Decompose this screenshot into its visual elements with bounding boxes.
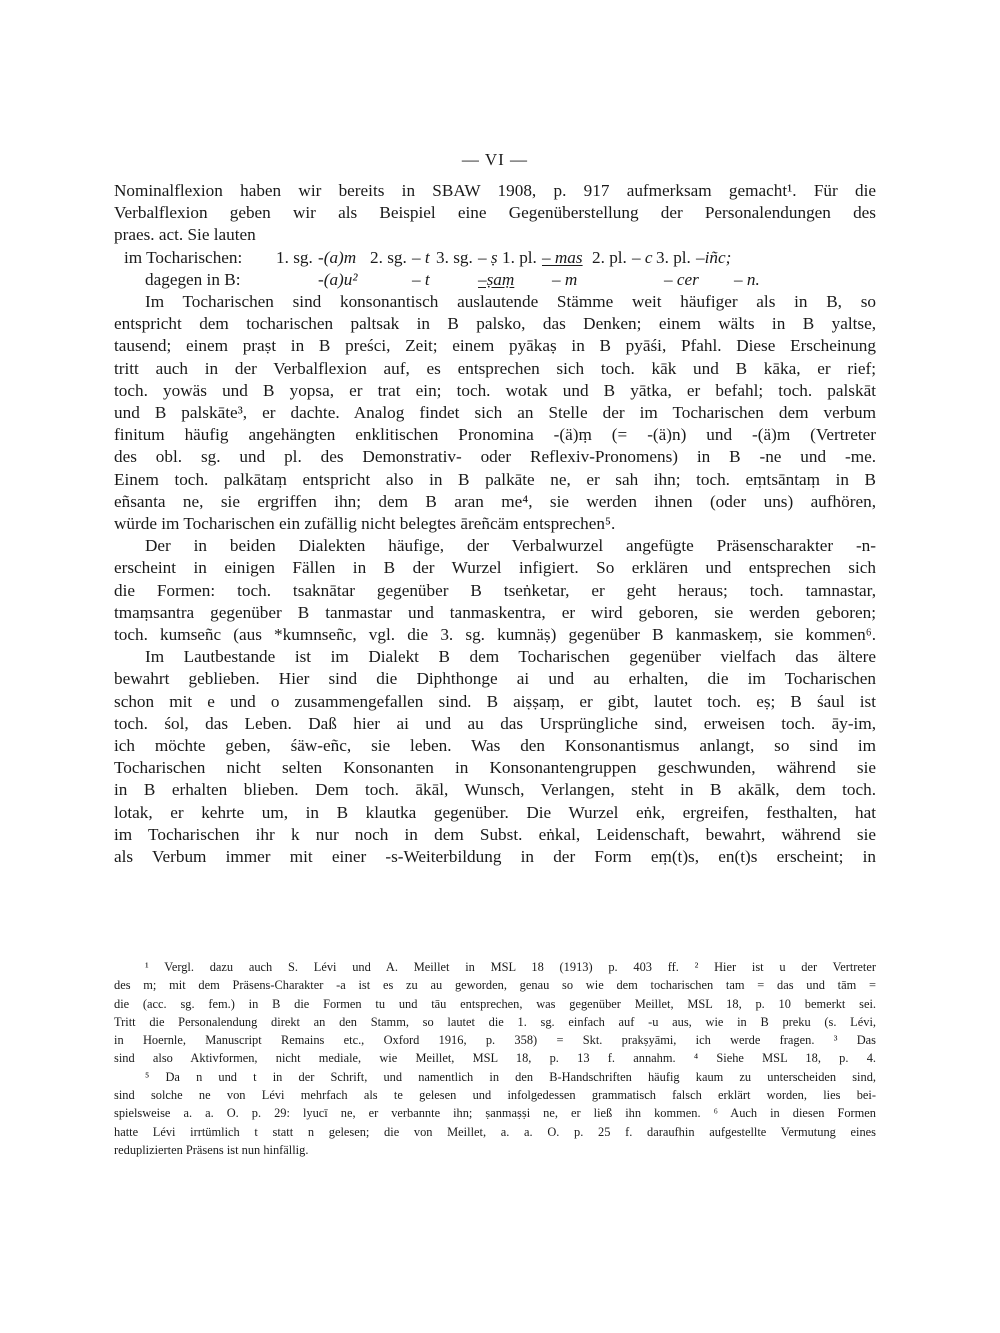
footnote-line: ⁵ Da n und t in der Schrift, und namentl… xyxy=(114,1068,876,1086)
text-line: Nominalflexion haben wir bereits in SBAW… xyxy=(114,180,876,202)
page-number: — VI — xyxy=(114,150,876,170)
footnotes: ¹ Vergl. dazu auch S. Lévi und A. Meille… xyxy=(114,958,876,1159)
ending: –iñc; xyxy=(696,247,731,269)
ending: –ṣaṃ xyxy=(478,269,552,291)
ending: – t xyxy=(412,247,436,269)
footnote-line: hatte Lévi irrtümlich t statt n gelesen;… xyxy=(114,1123,876,1141)
ending: -(a)u² xyxy=(318,269,412,291)
footnote-line: Tritt die Personalendung direkt an den S… xyxy=(114,1013,876,1031)
text-line: Der in beiden Dialekten häufige, der Ver… xyxy=(114,535,876,557)
person-label: 3. pl. xyxy=(656,247,696,269)
text-line: in B erhalten blieben. Dem toch. ākāl, W… xyxy=(114,779,876,801)
person-label: 1. sg. xyxy=(276,247,318,269)
ending: – n. xyxy=(734,269,760,291)
text-line: im Tocharischen ihr k nur noch in dem Su… xyxy=(114,824,876,846)
text-line: erscheint in einigen Fällen in B der Wur… xyxy=(114,557,876,579)
ending: – m xyxy=(552,269,664,291)
footnote-line: die (acc. sg. fem.) in B die Formen tu u… xyxy=(114,995,876,1013)
text-line: Einem toch. palkātaṃ entspricht also in … xyxy=(114,469,876,491)
person-label: 2. sg. xyxy=(370,247,412,269)
text-line: tmaṃsantra gegenüber B tanmastar und tan… xyxy=(114,602,876,624)
text-line: ich möchte geben, śäw-eñc, sie leben. Wa… xyxy=(114,735,876,757)
text-line: finitum häufig angehängten enklitischen … xyxy=(114,424,876,446)
text-line: Verbalflexion geben wir als Beispiel ein… xyxy=(114,202,876,224)
ending: -(a)m xyxy=(318,247,370,269)
ending: – ṣ xyxy=(478,247,502,269)
text-line: schon mit e und o zusammengefallen sind.… xyxy=(114,691,876,713)
person-label: 1. pl. xyxy=(502,247,542,269)
ending: – c xyxy=(632,247,656,269)
text-line: eñsanta ne, sie ergriffen ihn; dem B ara… xyxy=(114,491,876,513)
paradigm-label: dagegen in B: xyxy=(145,269,318,291)
text-line: des obl. sg. und pl. des Demonstrativ- o… xyxy=(114,446,876,468)
ending: – mas xyxy=(542,247,592,269)
paradigm-tocharian-row: im Tocharischen: 1. sg. -(a)m 2. sg. – t… xyxy=(114,247,876,269)
person-label: 2. pl. xyxy=(592,247,632,269)
footnote-line: sind solche ne von Lévi mehrfach als te … xyxy=(114,1086,876,1104)
main-text: Nominalflexion haben wir bereits in SBAW… xyxy=(114,180,876,868)
text-line: entspricht dem tocharischen paltsak in B… xyxy=(114,313,876,335)
footnote-line: spielsweise a. a. O. p. 29: lyucī ne, er… xyxy=(114,1104,876,1122)
person-label: 3. sg. xyxy=(436,247,478,269)
text-line: lotak, er kehrte um, in B klautka gegenü… xyxy=(114,802,876,824)
text-line: toch. yowäs und B yopsa, er trat ein; to… xyxy=(114,380,876,402)
text-line: praes. act. Sie lauten xyxy=(114,224,876,246)
footnote-line: reduplizierten Präsens ist nun hinfällig… xyxy=(114,1141,876,1159)
paradigm-b-row: dagegen in B: -(a)u² – t –ṣaṃ – m – cer … xyxy=(114,269,876,291)
text-line: toch. kumseñc (aus *kumnseñc, vgl. die 3… xyxy=(114,624,876,646)
text-line: bewahrt geblieben. Hier sind die Diphtho… xyxy=(114,668,876,690)
ending: – t xyxy=(412,269,478,291)
text-line: würde im Tocharischen ein zufällig nicht… xyxy=(114,513,876,535)
text-line: Tocharischen nicht selten Konsonanten in… xyxy=(114,757,876,779)
footnote-line: sind also Aktivformen, nicht mediale, wi… xyxy=(114,1049,876,1067)
text-line: tritt auch in der Verbalflexion auf, es … xyxy=(114,358,876,380)
footnote-line: ¹ Vergl. dazu auch S. Lévi und A. Meille… xyxy=(114,958,876,976)
text-line: als Verbum immer mit einer -s-Weiterbild… xyxy=(114,846,876,868)
text-line: die Formen: toch. tsaknātar gegenüber B … xyxy=(114,580,876,602)
text-line: Im Tocharischen sind konsonantisch ausla… xyxy=(114,291,876,313)
paradigm-label: im Tocharischen: xyxy=(124,247,276,269)
text-line: tausend; einem praṣt in B preści, Zeit; … xyxy=(114,335,876,357)
text-line: toch. śol, das Leben. Daß hier ai und au… xyxy=(114,713,876,735)
ending: – cer xyxy=(664,269,734,291)
footnote-line: des m; mit dem Präsens-Charakter -a ist … xyxy=(114,976,876,994)
text-line: Im Lautbestande ist im Dialekt B dem Toc… xyxy=(114,646,876,668)
footnote-line: in Hoernle, Manuscript Remains etc., Oxf… xyxy=(114,1031,876,1049)
text-line: und B palskāte³, er dachte. Analog finde… xyxy=(114,402,876,424)
